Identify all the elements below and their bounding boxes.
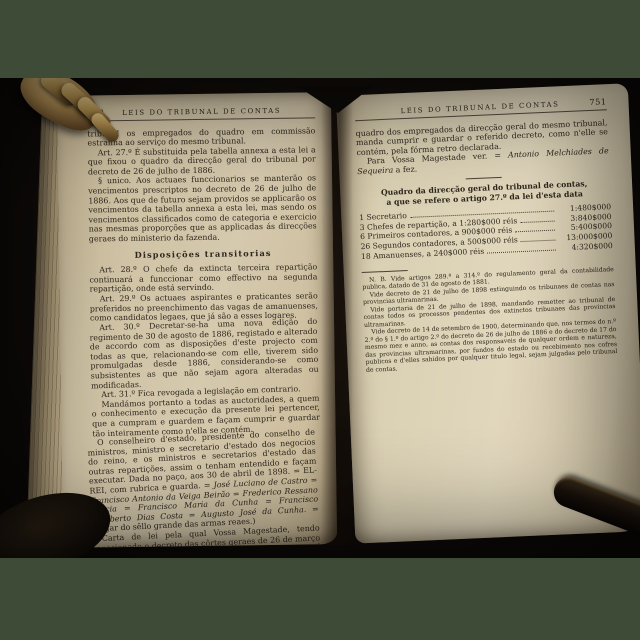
book-photo: 750 LEIS DO TRIBUNAL DE CONTAS tribunal … (0, 78, 640, 558)
right-page: LEIS DO TRIBUNAL DE CONTAS 751 quadro do… (336, 83, 640, 543)
dot-leader (521, 240, 556, 243)
dot-leader (520, 220, 554, 222)
gutter-shadow (321, 84, 353, 546)
footnote: Vide decreto de 14 de setembro de 1900, … (364, 318, 618, 374)
bottom-text-block: O conselheiro d'estado, presidente do co… (87, 427, 321, 547)
header-spacer (355, 114, 371, 115)
bottom-frame-band (0, 558, 640, 640)
left-page-body: tribunal os empregados do quadro em comm… (87, 126, 321, 548)
staff-table: 1 Secretario 1:480$000 3 Chefes de repar… (359, 202, 613, 262)
table-amount: 4:320$000 (559, 241, 613, 253)
right-page-body: quadro dos empregados da direcção geral … (355, 118, 617, 375)
footnote-rule (362, 270, 408, 273)
paragraph-unico: § unico. Aos actuaes funccionarios se ma… (88, 174, 317, 244)
paragraph-closing: O conselheiro d'estado, presidente do co… (87, 427, 319, 534)
center-rule (466, 177, 502, 180)
photo-frame: 750 LEIS DO TRIBUNAL DE CONTAS tribunal … (0, 0, 640, 640)
dot-leader (515, 230, 555, 233)
dot-leader (487, 250, 556, 254)
magestade-suffix: a fez. (393, 164, 417, 174)
top-frame-band (0, 0, 640, 78)
footnotes: N. B. Vide artigos 289.º a 314.º do regu… (362, 266, 618, 374)
bronze-hand-sculpture (16, 78, 166, 162)
section-heading: Disposições transitorias (89, 248, 317, 261)
paragraph-art-28: Art. 28.º O chefe da extincta terceira r… (89, 263, 317, 295)
page-number-right: 751 (589, 96, 607, 107)
paragraph-art-30: Art. 30.º Decretar-se-ha uma nova edição… (89, 317, 319, 391)
lower-text-block: Art. 30.º Decretar-se-ha uma nova edição… (89, 317, 320, 439)
